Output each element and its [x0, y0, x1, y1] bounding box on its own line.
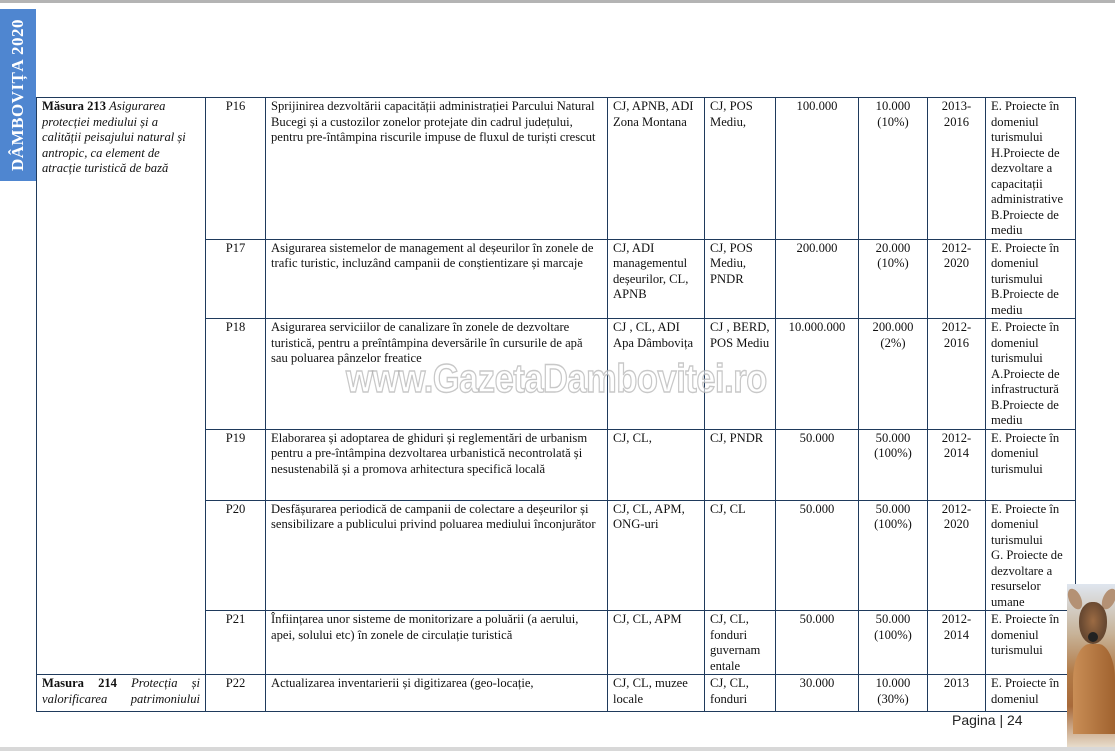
contribution-amount: 20.000 [864, 241, 922, 257]
project-value: 30.000 [776, 675, 859, 712]
deer-image [1067, 584, 1115, 747]
project-code: P19 [206, 429, 266, 500]
implementation-period: 2012-2020 [928, 239, 986, 319]
period-start: 2012- [933, 431, 980, 447]
period-start: 2012- [933, 502, 980, 518]
project-category: E. Proiecte în domeniul [991, 676, 1070, 707]
window-bottom-edge [0, 747, 1115, 751]
project-partners: CJ, CL, APM, ONG-uri [608, 500, 705, 611]
project-value: 50.000 [776, 500, 859, 611]
project-value: 200.000 [776, 239, 859, 319]
contribution-percent: (2%) [864, 336, 922, 352]
contribution-percent: (100%) [864, 446, 922, 462]
project-category: E. Proiecte în domeniul turismului [991, 241, 1070, 288]
contribution-amount: 50.000 [864, 502, 922, 518]
measure-title: Masura 214 [42, 676, 117, 690]
project-value: 10.000.000 [776, 319, 859, 430]
period-end: 2016 [933, 336, 980, 352]
period-end: 2020 [933, 517, 980, 533]
contribution-percent: (10%) [864, 256, 922, 272]
implementation-period: 2012-2014 [928, 429, 986, 500]
project-category: B.Proiecte de mediu [991, 287, 1070, 318]
contribution-amount: 10.000 [864, 99, 922, 115]
period-end: 2014 [933, 628, 980, 644]
project-category: E. Proiecte în domeniul turismului [991, 99, 1070, 146]
funding-sources: CJ, CL, fonduri guvernam entale [705, 611, 776, 675]
period-start: 2012- [933, 320, 980, 336]
funding-sources: CJ, PNDR [705, 429, 776, 500]
window-top-edge [0, 0, 1115, 3]
project-partners: CJ, ADI managementul deșeurilor, CL, APN… [608, 239, 705, 319]
project-code: P20 [206, 500, 266, 611]
period-start: 2012- [933, 241, 980, 257]
own-contribution: 50.000(100%) [859, 611, 928, 675]
projects-table: Măsura 213 Asigurarea protecției mediulu… [36, 97, 1076, 712]
funding-sources: CJ, POS Mediu, PNDR [705, 239, 776, 319]
project-partners: CJ, CL, APM [608, 611, 705, 675]
period-start: 2013 [933, 676, 980, 692]
table-row: Masura 214 Protecția și valorificarea pa… [37, 675, 1076, 712]
contribution-percent: (100%) [864, 628, 922, 644]
contribution-percent: (100%) [864, 517, 922, 533]
implementation-period: 2013-2016 [928, 98, 986, 240]
project-categories: E. Proiecte în domeniul turismuluiH.Proi… [986, 98, 1076, 240]
project-partners: CJ, APNB, ADI Zona Montana [608, 98, 705, 240]
period-start: 2013- [933, 99, 980, 115]
project-code: P21 [206, 611, 266, 675]
side-tab-label: DÂMBOVIȚA 2020 [8, 19, 28, 171]
project-category: E. Proiecte în domeniul turismului [991, 431, 1070, 478]
contribution-percent: (30%) [864, 692, 922, 708]
project-code: P16 [206, 98, 266, 240]
project-categories: E. Proiecte în domeniul turismuluiG. Pro… [986, 500, 1076, 611]
project-description: Actualizarea inventarierii și digitizare… [266, 675, 608, 712]
project-description: Sprijinirea dezvoltării capacității admi… [266, 98, 608, 240]
funding-sources: CJ, CL [705, 500, 776, 611]
own-contribution: 10.000(30%) [859, 675, 928, 712]
project-description: Desfășurarea periodică de campanii de co… [266, 500, 608, 611]
project-category: E. Proiecte în domeniul turismului [991, 320, 1070, 367]
own-contribution: 50.000(100%) [859, 500, 928, 611]
project-description: Asigurarea sistemelor de management al d… [266, 239, 608, 319]
project-category: G. Proiecte de dezvoltare a resurselor u… [991, 548, 1070, 610]
project-code: P22 [206, 675, 266, 712]
implementation-period: 2012-2016 [928, 319, 986, 430]
contribution-amount: 50.000 [864, 431, 922, 447]
project-category: B.Proiecte de mediu [991, 208, 1070, 239]
contribution-amount: 10.000 [864, 676, 922, 692]
project-value: 100.000 [776, 98, 859, 240]
period-end: 2014 [933, 446, 980, 462]
measure-cell: Masura 214 Protecția și valorificarea pa… [37, 675, 206, 712]
project-category: A.Proiecte de infrastructură [991, 367, 1070, 398]
project-category: E. Proiecte în domeniul turismului [991, 502, 1070, 549]
project-code: P17 [206, 239, 266, 319]
contribution-percent: (10%) [864, 115, 922, 131]
own-contribution: 50.000(100%) [859, 429, 928, 500]
own-contribution: 20.000(10%) [859, 239, 928, 319]
project-categories: E. Proiecte în domeniul [986, 675, 1076, 712]
project-category: E. Proiecte în domeniul turismului [991, 612, 1070, 659]
measure-cell: Măsura 213 Asigurarea protecției mediulu… [37, 98, 206, 675]
period-end: 2016 [933, 115, 980, 131]
contribution-amount: 200.000 [864, 320, 922, 336]
project-categories: E. Proiecte în domeniul turismului [986, 611, 1076, 675]
project-category: H.Proiecte de dezvoltare a capacitații a… [991, 146, 1070, 208]
project-partners: CJ, CL, muzee locale [608, 675, 705, 712]
project-partners: CJ, CL, [608, 429, 705, 500]
project-description: Înființarea unor sisteme de monitorizare… [266, 611, 608, 675]
implementation-period: 2012-2020 [928, 500, 986, 611]
measure-title: Măsura 213 [42, 99, 106, 113]
project-description: Asigurarea serviciilor de canalizare în … [266, 319, 608, 430]
project-categories: E. Proiecte în domeniul turismuluiA.Proi… [986, 319, 1076, 430]
project-value: 50.000 [776, 611, 859, 675]
projects-table-body: Măsura 213 Asigurarea protecției mediulu… [37, 98, 1076, 712]
project-value: 50.000 [776, 429, 859, 500]
project-categories: E. Proiecte în domeniul turismului [986, 429, 1076, 500]
funding-sources: CJ, POS Mediu, [705, 98, 776, 240]
project-category: B.Proiecte de mediu [991, 398, 1070, 429]
implementation-period: 2012-2014 [928, 611, 986, 675]
project-categories: E. Proiecte în domeniul turismuluiB.Proi… [986, 239, 1076, 319]
side-tab-county-title: DÂMBOVIȚA 2020 [0, 9, 36, 181]
own-contribution: 200.000(2%) [859, 319, 928, 430]
project-code: P18 [206, 319, 266, 430]
implementation-period: 2013 [928, 675, 986, 712]
funding-sources: CJ , BERD, POS Mediu [705, 319, 776, 430]
period-end: 2020 [933, 256, 980, 272]
own-contribution: 10.000(10%) [859, 98, 928, 240]
contribution-amount: 50.000 [864, 612, 922, 628]
project-description: Elaborarea și adoptarea de ghiduri și re… [266, 429, 608, 500]
funding-sources: CJ, CL, fonduri [705, 675, 776, 712]
table-row: Măsura 213 Asigurarea protecției mediulu… [37, 98, 1076, 240]
page-number: Pagina | 24 [952, 712, 1023, 728]
period-start: 2012- [933, 612, 980, 628]
project-partners: CJ , CL, ADI Apa Dâmbovița [608, 319, 705, 430]
